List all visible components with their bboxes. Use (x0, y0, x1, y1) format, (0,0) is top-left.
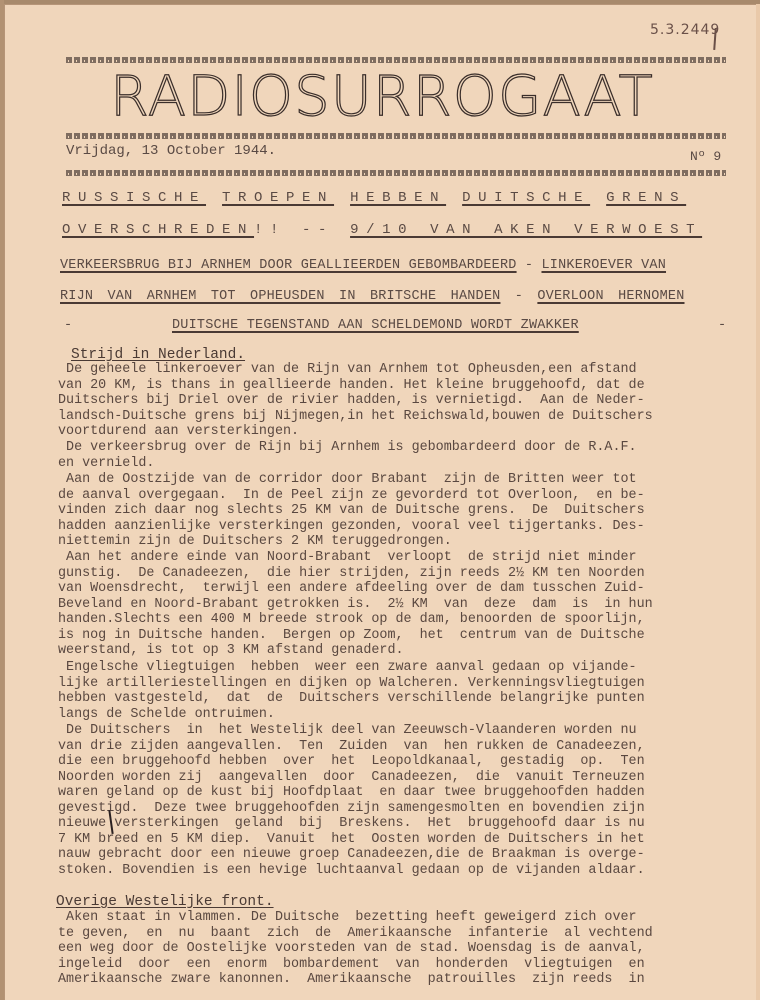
headline-line-5-dash-left: - (64, 318, 72, 333)
dateline: Vrijdag, 13 October 1944. (66, 143, 276, 159)
headline-line-1: RUSSISCHE TROEPEN HEBBEN DUITSCHE GRENS (62, 190, 686, 206)
headline-word: RUSSISCHE (62, 190, 206, 206)
typed-divider-top (66, 57, 726, 63)
headline-line-5-dash-right: - (718, 318, 726, 333)
masthead-title: RADIOSURROGAAT (110, 66, 681, 126)
paragraph: De verkeersbrug over de Rijn bij Arnhem … (58, 440, 728, 471)
headline-line-4: RIJN VAN ARNHEM TOT OPHEUSDEN IN BRITSCH… (60, 289, 685, 304)
section-title-westelijke-front: Overige Westelijke front. (56, 894, 274, 910)
headline-word: OVERSCHREDEN (62, 222, 254, 238)
headline-phrase: DUITSCHE TEGENSTAND AAN SCHELDEMOND WORD… (172, 318, 579, 333)
headline-word: DUITSCHE (462, 190, 590, 206)
headline-phrase: OVERLOON HERNOMEN (537, 289, 684, 304)
typed-divider-bottom (66, 170, 726, 176)
typed-divider-middle (66, 133, 726, 139)
headline-punct: !! -- (254, 222, 334, 238)
archive-number: 5.3.2449 (650, 22, 720, 38)
paragraph: De Duitschers in het Westelijk deel van … (58, 723, 728, 878)
issue-number: Nº 9 (690, 149, 721, 164)
paragraph: Engelsche vliegtuigen hebben weer een zw… (58, 660, 728, 722)
headline-phrase: VERKEERSBRUG BIJ ARNHEM DOOR GEALLIEERDE… (60, 258, 517, 273)
headline-word: GRENS (606, 190, 686, 206)
headline-word: TROEPEN (222, 190, 334, 206)
paragraph: Aan de Oostzijde van de corridor door Br… (58, 472, 728, 550)
headline-sep: - (500, 289, 537, 304)
headline-sep: - (517, 258, 542, 273)
paragraph: De geheele linkeroever van de Rijn van A… (58, 362, 728, 440)
paragraph: Aan het andere einde van Noord-Brabant v… (58, 550, 728, 659)
headline-line-3: VERKEERSBRUG BIJ ARNHEM DOOR GEALLIEERDE… (60, 258, 666, 273)
section-title-nederland: Strijd in Nederland. (71, 347, 245, 363)
headline-line-2: OVERSCHREDEN!! -- 9/10 VAN AKEN VERWOEST (62, 222, 702, 238)
headline-word: 9/10 VAN AKEN VERWOEST (350, 222, 702, 238)
headline-word: HEBBEN (350, 190, 446, 206)
headline-phrase: LINKEROEVER VAN (541, 258, 666, 273)
headline-line-5: DUITSCHE TEGENSTAND AAN SCHELDEMOND WORD… (172, 318, 579, 333)
headline-phrase: RIJN VAN ARNHEM TOT OPHEUSDEN IN BRITSCH… (60, 289, 500, 304)
paragraph: Aken staat in vlammen. De Duitsche bezet… (58, 910, 728, 988)
